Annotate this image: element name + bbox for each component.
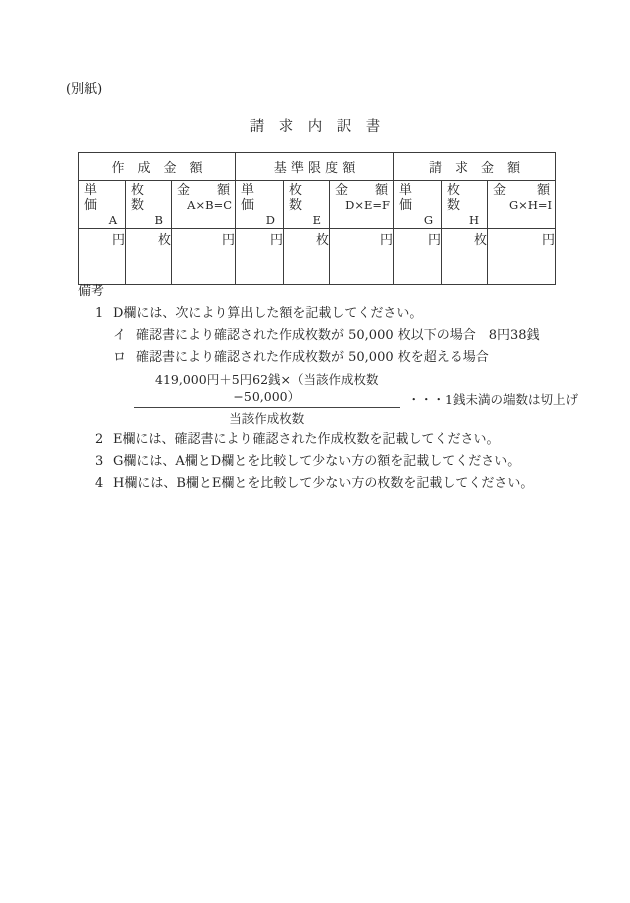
col-header-unit-price-g: 単 価 G <box>394 181 442 229</box>
note-number: 1 <box>95 303 113 325</box>
col-label: 枚 数 <box>126 181 171 213</box>
remarks-heading: 備考 <box>78 281 578 303</box>
table-row-sub-headers: 単 価 A 枚 数 B 金 額 A×B=C 単 価 D 枚 数 E 金 額 D×… <box>79 181 556 229</box>
col-header-amount-f: 金 額 D×E=F <box>330 181 394 229</box>
group-header-claim-amount: 請 求 金 額 <box>394 153 556 181</box>
col-code: G <box>394 213 441 228</box>
col-code: D <box>236 213 283 228</box>
item-text: 確認書により確認された作成枚数が 50,000 枚以下の場合 8円38銭 <box>136 325 578 347</box>
note-number: 2 <box>95 429 113 451</box>
remark-item-ro: ロ 確認書により確認された作成枚数が 50,000 枚を超える場合 <box>78 347 578 369</box>
fraction: 419,000円＋5円62銭×（当該作成枚数−50,000） 当該作成枚数 <box>134 371 400 427</box>
col-label: 単 価 <box>236 181 283 213</box>
note-text: D欄には、次により算出した額を記載してください。 <box>113 303 578 325</box>
invoice-breakdown-table: 作 成 金 額 基 準 限 度 額 請 求 金 額 単 価 A 枚 数 B 金 … <box>78 152 556 285</box>
note-text: G欄には、A欄とD欄とを比較して少ない方の額を記載してください。 <box>113 451 578 473</box>
entry-cell-e: 枚 <box>284 229 330 285</box>
col-header-unit-price-d: 単 価 D <box>236 181 284 229</box>
col-code: A <box>79 213 125 228</box>
corner-label: (別紙) <box>66 78 102 97</box>
col-label: 単 価 <box>79 181 125 213</box>
col-header-sheets-b: 枚 数 B <box>126 181 172 229</box>
entry-cell-h: 枚 <box>442 229 488 285</box>
remark-note-2: 2 E欄には、確認書により確認された作成枚数を記載してください。 <box>78 429 578 451</box>
group-header-creation-amount: 作 成 金 額 <box>79 153 236 181</box>
fraction-denominator: 当該作成枚数 <box>134 408 400 427</box>
item-text: 確認書により確認された作成枚数が 50,000 枚を超える場合 <box>136 347 578 369</box>
col-header-unit-price-a: 単 価 A <box>79 181 126 229</box>
col-code: D×E=F <box>330 198 393 213</box>
item-label: イ <box>113 325 136 347</box>
rounding-note: ・・・1銭未満の端数は切上げ <box>408 391 578 408</box>
note-number: 4 <box>95 473 113 495</box>
col-header-sheets-h: 枚 数 H <box>442 181 488 229</box>
entry-cell-a: 円 <box>79 229 126 285</box>
col-label: 枚 数 <box>442 181 487 213</box>
fraction-numerator: 419,000円＋5円62銭×（当該作成枚数−50,000） <box>134 371 400 408</box>
remark-note-1: 1 D欄には、次により算出した額を記載してください。 <box>78 303 578 325</box>
table-row-group-headers: 作 成 金 額 基 準 限 度 額 請 求 金 額 <box>79 153 556 181</box>
remark-item-i: イ 確認書により確認された作成枚数が 50,000 枚以下の場合 8円38銭 <box>78 325 578 347</box>
col-label: 金 額 <box>330 181 393 198</box>
col-label: 金 額 <box>172 181 235 198</box>
col-code: E <box>284 213 329 228</box>
table-row-entry: 円 枚 円 円 枚 円 円 枚 円 <box>79 229 556 285</box>
remark-note-4: 4 H欄には、B欄とE欄とを比較して少ない方の枚数を記載してください。 <box>78 473 578 495</box>
note-text: E欄には、確認書により確認された作成枚数を記載してください。 <box>113 429 578 451</box>
col-code: H <box>442 213 487 228</box>
group-header-standard-limit: 基 準 限 度 額 <box>236 153 394 181</box>
entry-cell-d: 円 <box>236 229 284 285</box>
col-code: B <box>126 213 171 228</box>
page-title: 請 求 内 訳 書 <box>0 115 630 136</box>
col-header-amount-c: 金 額 A×B=C <box>172 181 236 229</box>
col-label: 枚 数 <box>284 181 329 213</box>
col-header-sheets-e: 枚 数 E <box>284 181 330 229</box>
note-number: 3 <box>95 451 113 473</box>
entry-cell-b: 枚 <box>126 229 172 285</box>
col-header-amount-i: 金 額 G×H=I <box>488 181 556 229</box>
remarks-section: 備考 1 D欄には、次により算出した額を記載してください。 イ 確認書により確認… <box>78 281 578 495</box>
col-label: 単 価 <box>394 181 441 213</box>
entry-cell-i: 円 <box>488 229 556 285</box>
col-code: G×H=I <box>488 198 555 213</box>
calculation-formula: 419,000円＋5円62銭×（当該作成枚数−50,000） 当該作成枚数 ・・… <box>134 371 578 427</box>
remark-note-3: 3 G欄には、A欄とD欄とを比較して少ない方の額を記載してください。 <box>78 451 578 473</box>
document-page: (別紙) 請 求 内 訳 書 作 成 金 額 基 準 限 度 額 請 求 金 額… <box>0 0 630 903</box>
item-label: ロ <box>113 347 136 369</box>
note-text: H欄には、B欄とE欄とを比較して少ない方の枚数を記載してください。 <box>113 473 578 495</box>
col-code: A×B=C <box>172 198 235 213</box>
col-label: 金 額 <box>488 181 555 198</box>
entry-cell-g: 円 <box>394 229 442 285</box>
entry-cell-f: 円 <box>330 229 394 285</box>
entry-cell-c: 円 <box>172 229 236 285</box>
